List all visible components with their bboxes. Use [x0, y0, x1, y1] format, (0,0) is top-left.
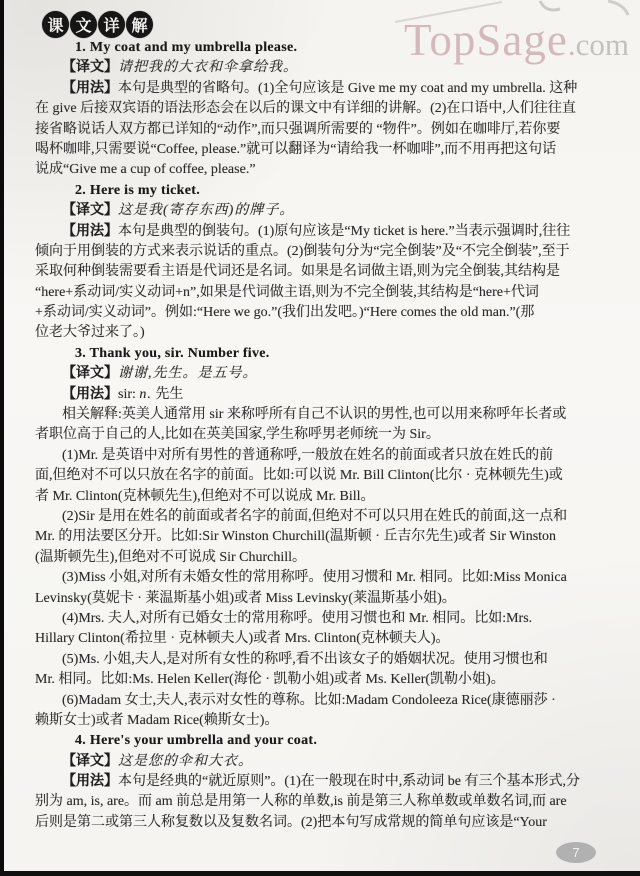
text-segment: Mr. 相同。比如:Ms. Helen Keller(海伦 · 凯勒小姐)或者 … [35, 672, 505, 687]
text-segment: 者职位高于自己的人,比如在英美国家,学生称呼男老师统一为 Sir。 [35, 427, 440, 442]
label-bracket: 【译文】 [62, 366, 118, 381]
lesson-section-badge: 课文详解 [42, 11, 154, 38]
text-line: (温斯顿先生),但绝对不可说成 Sir Churchill。 [35, 548, 615, 568]
label-bracket: 【用法】 [62, 81, 118, 96]
text-line: 【用法】本句是经典的“就近原则”。(1)在一般现在时中,系动词 be 有三个基本… [35, 772, 615, 792]
text-line: 在 give 后接双宾语的语法形态会在以后的课文中有详细的讲解。(2)在口语中,… [35, 99, 615, 119]
text-segment: (温斯顿先生),但绝对不可说成 Sir Churchill。 [35, 550, 306, 565]
text-segment: “here+系动词/实义动词+n”,如果是代词做主语,则为不完全倒装,其结构是“… [35, 285, 539, 300]
scan-edge-bottom [0, 871, 640, 876]
label-bracket: 【译文】 [62, 754, 118, 769]
text-line: 【用法】本句是典型的省略句。(1)全句应该是 Give me my coat a… [35, 79, 615, 99]
sentence-heading: 2. Here is my ticket. [75, 183, 200, 198]
text-line: 赖斯女士)或者 Madam Rice(赖斯女士)。 [35, 711, 615, 731]
text-segment: 面,但绝对不可以只放在名字的前面。比如:可以说 Mr. Bill Clinton… [35, 468, 563, 483]
text-segment: 谢谢,先生。是五号。 [118, 366, 258, 381]
text-line: 位老大爷过来了。) [35, 323, 615, 343]
text-line: 【译文】请把我的大衣和伞拿给我。 [35, 58, 615, 78]
text-segment: +系动词/实义动词”。例如:“Here we go.”(我们出发吧。)“Here… [35, 305, 534, 320]
text-line: (1)Mr. 是英语中对所有男性的普通称呼,一般放在姓名的前面或者只放在姓氏的前 [35, 446, 615, 466]
text-line: 别为 am, is, are。而 am 前总是用第一人称的单数,is 前是第三人… [35, 792, 615, 812]
text-segment: Mr. 的用法要区分开。比如:Sir Winston Churchill(温斯顿… [35, 529, 556, 544]
text-line: 2. Here is my ticket. [35, 181, 615, 201]
text-segment: Hillary Clinton(希拉里 · 克林顿夫人)或者 Mrs. Clin… [35, 631, 450, 646]
sentence-heading: 1. My coat and my umbrella please. [75, 40, 297, 55]
text-segment: (1)Mr. 是英语中对所有男性的普通称呼,一般放在姓名的前面或者只放在姓氏的前 [62, 448, 553, 463]
text-line: 1. My coat and my umbrella please. [35, 38, 615, 58]
text-segment: 本句是典型的倒装句。(1)原句应该是“My ticket is here.”当表… [118, 224, 570, 239]
text-line: Mr. 相同。比如:Ms. Helen Keller(海伦 · 凯勒小姐)或者 … [35, 670, 615, 690]
text-segment: 在 give 后接双宾语的语法形态会在以后的课文中有详细的讲解。(2)在口语中,… [35, 101, 576, 116]
text-line: (6)Madam 女士,夫人,表示对女性的尊称。比如:Madam Condole… [35, 691, 615, 711]
text-segment: 喝杯咖啡,只需要说“Coffee, please.”就可以翻译为“请给我一杯咖啡… [35, 142, 556, 157]
page-body-text: 1. My coat and my umbrella please.【译文】请把… [35, 38, 615, 833]
text-line: 【译文】这是我(寄存东西)的牌子。 [35, 201, 615, 221]
text-line: 者职位高于自己的人,比如在英美国家,学生称呼男老师统一为 Sir。 [35, 425, 615, 445]
text-segment: 这是您的伞和大衣。 [118, 754, 253, 769]
text-segment: 这是我(寄存东西)的牌子。 [118, 203, 294, 218]
text-segment: 后则是第二或第三人称复数以及复数名词。(2)把本句写成常规的简单句应该是“You… [35, 815, 547, 830]
text-segment: 赖斯女士)或者 Madam Rice(赖斯女士)。 [35, 713, 278, 728]
text-segment: (2)Sir 是用在姓名的前面或者名字的前面,但绝对不可以只用在姓氏的前面,这一… [62, 509, 567, 524]
text-line: (5)Ms. 小姐,夫人,是对所有女性的称呼,看不出该女子的婚姻状况。使用习惯也… [35, 650, 615, 670]
badge-char: 详 [98, 11, 125, 38]
scanned-textbook-page: 课文详解 TopSage.com 1. My coat and my umbre… [0, 0, 640, 876]
text-line: 【译文】谢谢,先生。是五号。 [35, 364, 615, 384]
text-segment: 位老大爷过来了。) [35, 325, 145, 340]
label-bracket: 【用法】 [62, 387, 118, 402]
text-line: +系动词/实义动词”。例如:“Here we go.”(我们出发吧。)“Here… [35, 303, 615, 323]
text-line: (4)Mrs. 夫人,对所有已婚女士的常用称呼。使用习惯也和 Mr. 相同。比如… [35, 609, 615, 629]
badge-char: 解 [126, 11, 153, 38]
text-line: 者 Mr. Clinton(克林顿先生),但绝对不可以说成 Mr. Bill。 [35, 487, 615, 507]
text-line: 面,但绝对不可以只放在名字的前面。比如:可以说 Mr. Bill Clinton… [35, 466, 615, 486]
text-segment: n. [139, 387, 152, 402]
text-line: Mr. 的用法要区分开。比如:Sir Winston Churchill(温斯顿… [35, 527, 615, 547]
text-line: “here+系动词/实义动词+n”,如果是代词做主语,则为不完全倒装,其结构是“… [35, 283, 615, 303]
text-line: 【用法】本句是典型的倒装句。(1)原句应该是“My ticket is here… [35, 222, 615, 242]
text-line: 3. Thank you, sir. Number five. [35, 344, 615, 364]
sentence-heading: 3. Thank you, sir. Number five. [75, 346, 270, 361]
label-bracket: 【用法】 [62, 224, 118, 239]
label-bracket: 【译文】 [62, 60, 118, 75]
text-line: 【译文】这是您的伞和大衣。 [35, 752, 615, 772]
text-segment: (6)Madam 女士,夫人,表示对女性的尊称。比如:Madam Condole… [62, 693, 556, 708]
text-line: 后则是第二或第三人称复数以及复数名词。(2)把本句写成常规的简单句应该是“You… [35, 813, 615, 833]
sentence-heading: 4. Here's your umbrella and your coat. [75, 733, 317, 748]
text-line: Hillary Clinton(希拉里 · 克林顿夫人)或者 Mrs. Clin… [35, 629, 615, 649]
text-segment: (5)Ms. 小姐,夫人,是对所有女性的称呼,看不出该女子的婚姻状况。使用习惯也… [62, 652, 548, 667]
text-line: Levinsky(莫妮卡 · 莱温斯基小姐)或者 Miss Levinsky(莱… [35, 589, 615, 609]
text-line: 说成“Give me a cup of coffee, please.” [35, 160, 615, 180]
text-line: 采取何种倒装需要看主语是代词还是名词。如果是名词做主语,则为完全倒装,其结构是 [35, 262, 615, 282]
text-segment: 本句是经典的“就近原则”。(1)在一般现在时中,系动词 be 有三个基本形式,分 [118, 774, 580, 789]
text-line: 【用法】sir: n. 先生 [35, 385, 615, 405]
text-line: 倾向于用倒装的方式来表示说话的重点。(2)倒装句分为“完全倒装”及“不完全倒装”… [35, 242, 615, 262]
text-line: 相关解释:英美人通常用 sir 来称呼所有自己不认识的男性,也可以用来称呼年长者… [35, 405, 615, 425]
text-segment: 采取何种倒装需要看主语是代词还是名词。如果是名词做主语,则为完全倒装,其结构是 [35, 264, 560, 279]
text-segment: 倾向于用倒装的方式来表示说话的重点。(2)倒装句分为“完全倒装”及“不完全倒装”… [35, 244, 570, 259]
text-segment: 请把我的大衣和伞拿给我。 [118, 60, 298, 75]
scan-edge-left [0, 0, 4, 876]
label-bracket: 【译文】 [62, 203, 118, 218]
badge-char: 文 [70, 11, 97, 38]
text-segment: (3)Miss 小姐,对所有未婚女性的常用称呼。使用习惯和 Mr. 相同。比如:… [62, 570, 567, 585]
text-segment: sir: [118, 387, 139, 402]
text-line: 4. Here's your umbrella and your coat. [35, 731, 615, 751]
text-line: (2)Sir 是用在姓名的前面或者名字的前面,但绝对不可以只用在姓氏的前面,这一… [35, 507, 615, 527]
text-segment: Levinsky(莫妮卡 · 莱温斯基小姐)或者 Miss Levinsky(莱… [35, 591, 456, 606]
label-bracket: 【用法】 [62, 774, 118, 789]
text-segment: 说成“Give me a cup of coffee, please.” [35, 162, 256, 177]
badge-char: 课 [42, 11, 69, 38]
text-segment: 接省略说话人双方都已详知的“动作”,而只强调所需要的 “物件”。例如在咖啡厅,若… [35, 122, 560, 137]
text-segment: 别为 am, is, are。而 am 前总是用第一人称的单数,is 前是第三人… [35, 794, 567, 809]
page-number-badge: 7 [556, 842, 596, 863]
text-line: (3)Miss 小姐,对所有未婚女性的常用称呼。使用习惯和 Mr. 相同。比如:… [35, 568, 615, 588]
text-line: 接省略说话人双方都已详知的“动作”,而只强调所需要的 “物件”。例如在咖啡厅,若… [35, 120, 615, 140]
text-segment: 先生 [152, 387, 184, 402]
text-segment: (4)Mrs. 夫人,对所有已婚女士的常用称呼。使用习惯也和 Mr. 相同。比如… [62, 611, 532, 626]
text-segment: 本句是典型的省略句。(1)全句应该是 Give me my coat and m… [118, 81, 577, 96]
text-segment: 相关解释:英美人通常用 sir 来称呼所有自己不认识的男性,也可以用来称呼年长者… [62, 407, 566, 422]
text-segment: 者 Mr. Clinton(克林顿先生),但绝对不可以说成 Mr. Bill。 [35, 489, 375, 504]
text-line: 喝杯咖啡,只需要说“Coffee, please.”就可以翻译为“请给我一杯咖啡… [35, 140, 615, 160]
